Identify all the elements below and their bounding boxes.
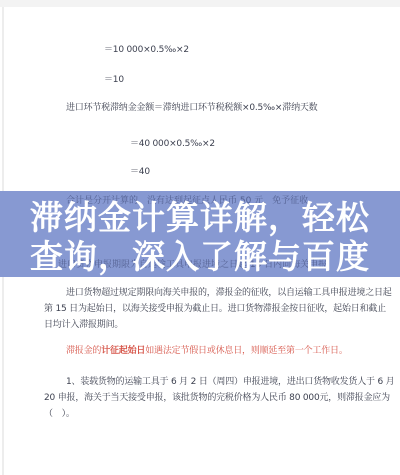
formula-calc2-step1: ＝40 000×0.5‰×2 — [130, 136, 215, 149]
title-banner: 合计是分开计算的，没有达到起征点人民币 50 元，免予征收。 进口货物申报期限为… — [0, 191, 400, 277]
question-line: 1、装载货物的运输工具于 6 月 2 日（周四）申报进境，进出口货物收发货人于 … — [66, 374, 394, 387]
paragraph-line: 日均计入滞报期间。 — [44, 317, 123, 330]
holiday-postpone-note: 滞报金的计征起始日如遇法定节假日或休息日，则顺延至第一个工作日。 — [66, 343, 348, 356]
formula-calc1-step1: ＝10 000×0.5‰×2 — [104, 42, 189, 55]
banner-title-line1: 滞纳金计算详解，轻松 — [0, 198, 400, 237]
note-bold-term: 计征起始日 — [101, 346, 145, 356]
formula-calc1-result: ＝10 — [104, 72, 124, 85]
formula-calc2-result: ＝40 — [130, 164, 150, 177]
question-line: （ ）。 — [44, 406, 75, 419]
document-page: ＝10 000×0.5‰×2 ＝10 进口环节税滞纳金金额＝滞纳进口环节税税额×… — [0, 0, 400, 475]
paragraph-line: 第 15 日为起始日，以海关接受申报为截止日。进口货物滞报金按日征收，起始日和截… — [44, 301, 386, 314]
banner-title: 滞纳金计算详解，轻松 查询，深入了解与百度 — [0, 198, 400, 276]
question-line: 20 申报，海关于当天接受申报，该批货物的完税价格为人民币 80 000元，则滞… — [44, 390, 390, 403]
note-prefix: 滞报金的 — [66, 346, 101, 356]
paragraph-line: 进口货物超过规定期限向海关申报的，滞报金的征收，以自运输工具申报进境之日起 — [66, 285, 392, 298]
banner-title-line2: 查询，深入了解与百度 — [0, 237, 400, 276]
note-rest: 如遇法定节假日或休息日，则顺延至第一个工作日。 — [145, 346, 347, 356]
late-fee-rule-formula: 进口环节税滞纳金金额＝滞纳进口环节税税额×0.5‰×滞纳天数 — [66, 100, 317, 113]
page-top-edge — [0, 0, 400, 7]
